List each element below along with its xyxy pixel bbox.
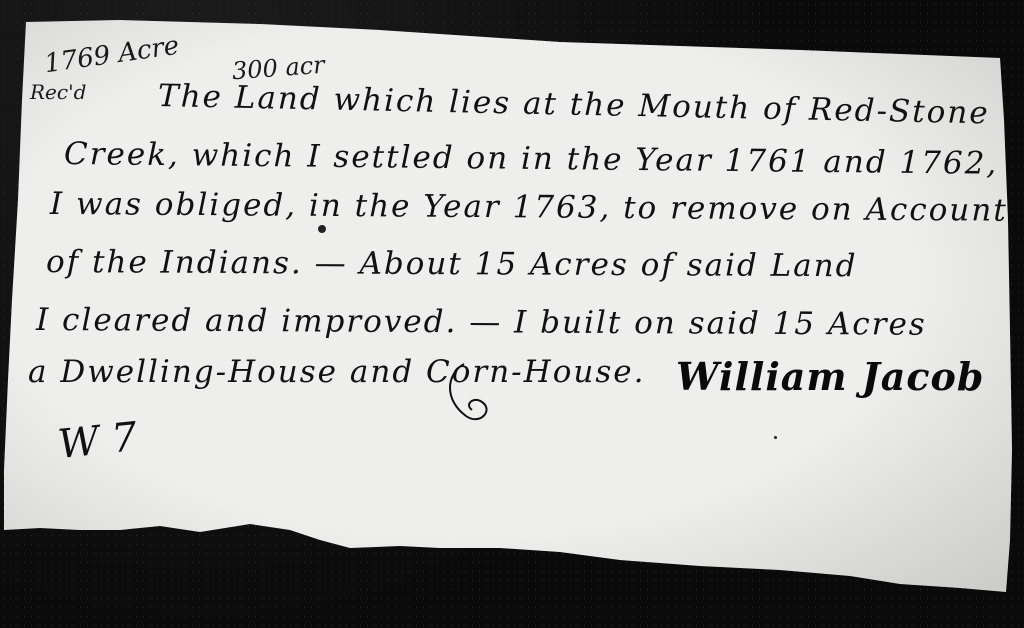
ink-blot	[318, 225, 326, 233]
body-line-4: of the Indians. — About 15 Acres of said…	[46, 244, 858, 284]
docket-mark: W 7	[56, 414, 140, 468]
signature: William Jacob	[676, 354, 984, 399]
body-line-3: I was obliged, in the Year 1763, to remo…	[50, 186, 1008, 229]
paper-sheet: 1769 Acre 300 acr Rec'd The Land which l…	[0, 0, 1024, 628]
flourish-mark	[440, 360, 520, 440]
scanned-document: 1769 Acre 300 acr Rec'd The Land which l…	[0, 0, 1024, 628]
left-margin-note: Rec'd	[30, 80, 86, 104]
body-line-5: I cleared and improved. — I built on sai…	[36, 302, 927, 343]
body-line-6: a Dwelling-House and Corn-House.	[28, 354, 645, 390]
ink-speck	[774, 436, 777, 439]
